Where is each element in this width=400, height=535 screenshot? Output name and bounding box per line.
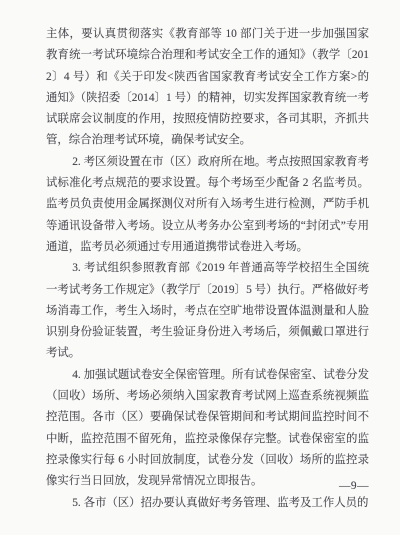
body-paragraph-item-2: 2. 考区须设置在市（区）政府所在地。考点按照国家教育考试标准化考点规范的要求设… <box>46 152 369 258</box>
page-number: —9— <box>46 478 369 494</box>
body-paragraph-item-4: 4. 加强试题试卷安全保密管理。所有试卷保密室、试卷分发（回收）场所、考场必须纳… <box>46 365 369 493</box>
body-paragraph-continuation: 主体，要认真贯彻落实《教育部等 10 部门关于进一步加强国家教育统一考试环境综合… <box>46 24 369 152</box>
body-paragraph-item-3: 3. 考试组织参照教育部《2019 年普通高等学校招生全国统一考试考务工作规定》… <box>46 258 369 364</box>
document-page: 主体，要认真贯彻落实《教育部等 10 部门关于进一步加强国家教育统一考试环境综合… <box>0 0 400 535</box>
body-paragraph-item-5: 5. 各市（区）招办要认真做好考务管理、监考及工作人员的 <box>46 493 369 514</box>
document-body: 主体，要认真贯彻落实《教育部等 10 部门关于进一步加强国家教育统一考试环境综合… <box>46 24 369 514</box>
